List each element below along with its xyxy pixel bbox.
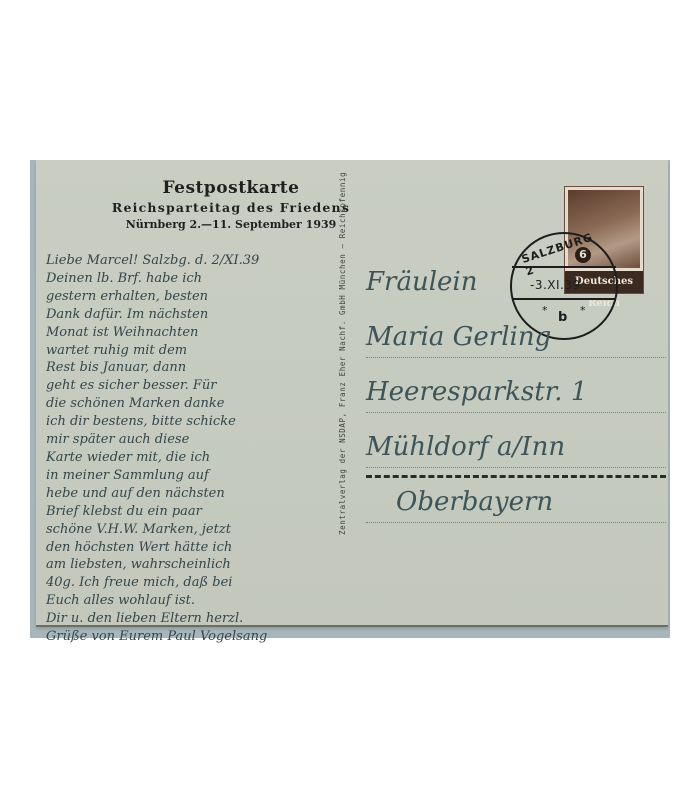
letter-line: schöne V.H.W. Marken, jetzt xyxy=(46,521,346,539)
postcard-dates: Nürnberg 2.—11. September 1939 xyxy=(106,218,356,231)
letter-line: geht es sicher besser. Für xyxy=(46,377,346,395)
postcard-subtitle: Reichsparteitag des Friedens xyxy=(106,200,356,215)
address-city: Mühldorf a/Inn xyxy=(366,432,565,462)
address-rule xyxy=(366,412,666,413)
address-rule xyxy=(366,467,666,468)
postcard: Festpostkarte Reichsparteitag des Friede… xyxy=(36,160,668,627)
letter-line: Monat ist Weihnachten xyxy=(46,324,346,342)
letter-line: 40g. Ich freue mich, daß bei xyxy=(46,574,346,592)
letter-line: wartet ruhig mit dem xyxy=(46,342,346,360)
address-line: Fräulein xyxy=(366,252,666,307)
letter-line: Brief klebst du ein paar xyxy=(46,503,346,521)
address-line: Mühldorf a/Inn xyxy=(366,417,666,472)
letter-line: Euch alles wohlauf ist. xyxy=(46,592,346,610)
letter-line: Dank dafür. Im nächsten xyxy=(46,306,346,324)
address-line: Oberbayern xyxy=(366,472,666,527)
letter-line: die schönen Marken danke xyxy=(46,395,346,413)
letter-line: am liebsten, wahrscheinlich xyxy=(46,556,346,574)
address-line: Maria Gerling xyxy=(366,307,666,362)
address-rule xyxy=(366,522,666,523)
letter-line: gestern erhalten, besten xyxy=(46,288,346,306)
letter-line: Dir u. den lieben Eltern herzl. xyxy=(46,610,346,628)
recipient-address: Fräulein Maria Gerling Heeresparkstr. 1 … xyxy=(366,252,666,527)
postcard-title: Festpostkarte xyxy=(106,178,356,198)
letter-line: Karte wieder mit, die ich xyxy=(46,449,346,467)
postcard-header: Festpostkarte Reichsparteitag des Friede… xyxy=(106,178,356,231)
letter-line: Deinen lb. Brf. habe ich xyxy=(46,270,346,288)
address-name: Maria Gerling xyxy=(366,322,551,352)
address-street: Heeresparkstr. 1 xyxy=(366,377,587,407)
letter-line: mir später auch diese xyxy=(46,431,346,449)
letter-line: in meiner Sammlung auf xyxy=(46,467,346,485)
letter-line: hebe und auf den nächsten xyxy=(46,485,346,503)
letter-line: Rest bis Januar, dann xyxy=(46,359,346,377)
address-line: Heeresparkstr. 1 xyxy=(366,362,666,417)
letter-line: ich dir bestens, bitte schicke xyxy=(46,413,346,431)
letter-line: Liebe Marcel! Salzbg. d. 2/XI.39 xyxy=(46,252,346,270)
address-rule xyxy=(366,357,666,358)
address-region: Oberbayern xyxy=(396,487,553,517)
handwritten-letter: Liebe Marcel! Salzbg. d. 2/XI.39 Deinen … xyxy=(46,252,346,646)
letter-line: den höchsten Wert hätte ich xyxy=(46,539,346,557)
letter-line: Grüße von Eurem Paul Vogelsang xyxy=(46,628,346,646)
address-salutation: Fräulein xyxy=(366,267,477,297)
